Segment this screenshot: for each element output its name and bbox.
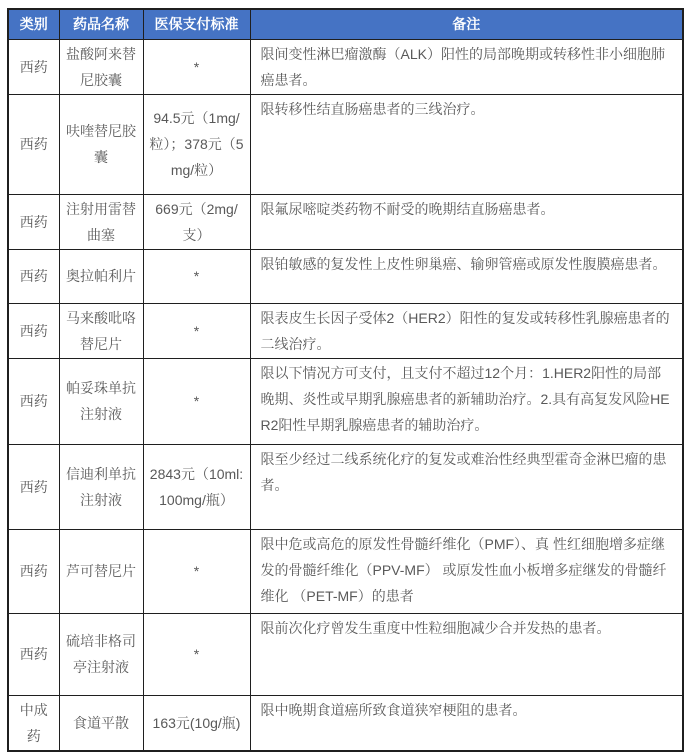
cell-category: 西药 [8,39,59,94]
cell-payment-standard: * [143,249,250,303]
table-row: 西药信迪利单抗注射液2843元（10ml:100mg/瓶）限至少经过二线系统化疗… [8,444,683,529]
cell-category: 西药 [8,358,59,444]
cell-payment-standard: * [143,358,250,444]
cell-drug-name: 注射用雷替曲塞 [59,194,143,249]
cell-payment-standard: * [143,529,250,613]
table-row: 西药注射用雷替曲塞669元（2mg/支）限氟尿嘧啶类药物不耐受的晚期结直肠癌患者… [8,194,683,249]
cell-category: 西药 [8,444,59,529]
cell-payment-standard: 163元(10g/瓶) [143,695,250,751]
cell-payment-standard: 2843元（10ml:100mg/瓶） [143,444,250,529]
cell-drug-name: 马来酸吡咯替尼片 [59,303,143,358]
cell-payment-standard: 94.5元（1mg/粒）；378元（5mg/粒） [143,94,250,194]
cell-drug-name: 盐酸阿来替尼胶囊 [59,39,143,94]
cell-remark: 限氟尿嘧啶类药物不耐受的晚期结直肠癌患者。 [250,194,683,249]
page: 类别 药品名称 医保支付标准 备注 西药盐酸阿来替尼胶囊*限间变性淋巴瘤激酶（A… [0,0,689,754]
cell-drug-name: 信迪利单抗注射液 [59,444,143,529]
cell-payment-standard: 669元（2mg/支） [143,194,250,249]
cell-category: 西药 [8,303,59,358]
table-row: 西药硫培非格司亭注射液*限前次化疗曾发生重度中性粒细胞减少合并发热的患者。 [8,613,683,695]
table-row: 西药帕妥珠单抗注射液*限以下情况方可支付，且支付不超过12个月：1.HER2阳性… [8,358,683,444]
cell-category: 西药 [8,529,59,613]
cell-remark: 限铂敏感的复发性上皮性卵巢癌、输卵管癌或原发性腹膜癌患者。 [250,249,683,303]
table-row: 西药马来酸吡咯替尼片*限表皮生长因子受体2（HER2）阳性的复发或转移性乳腺癌患… [8,303,683,358]
cell-category: 西药 [8,194,59,249]
cell-payment-standard: * [143,39,250,94]
cell-remark: 限表皮生长因子受体2（HER2）阳性的复发或转移性乳腺癌患者的二线治疗。 [250,303,683,358]
cell-category: 中成药 [8,695,59,751]
cell-category: 西药 [8,249,59,303]
cell-drug-name: 食道平散 [59,695,143,751]
cell-category: 西药 [8,613,59,695]
header-drug-name: 药品名称 [59,9,143,39]
cell-drug-name: 奥拉帕利片 [59,249,143,303]
header-remark: 备注 [250,9,683,39]
cell-payment-standard: * [143,303,250,358]
table-row: 西药芦可替尼片*限中危或高危的原发性骨髓纤维化（PMF）、真 性红细胞增多症继发… [8,529,683,613]
cell-remark: 限前次化疗曾发生重度中性粒细胞减少合并发热的患者。 [250,613,683,695]
cell-remark: 限至少经过二线系统化疗的复发或难治性经典型霍奇金淋巴瘤的患者。 [250,444,683,529]
table-body: 西药盐酸阿来替尼胶囊*限间变性淋巴瘤激酶（ALK）阳性的局部晚期或转移性非小细胞… [8,39,683,751]
cell-remark: 限中危或高危的原发性骨髓纤维化（PMF）、真 性红细胞增多症继发的骨髓纤维化（P… [250,529,683,613]
cell-drug-name: 硫培非格司亭注射液 [59,613,143,695]
table-row: 西药盐酸阿来替尼胶囊*限间变性淋巴瘤激酶（ALK）阳性的局部晚期或转移性非小细胞… [8,39,683,94]
cell-category: 西药 [8,94,59,194]
header-payment-standard: 医保支付标准 [143,9,250,39]
cell-drug-name: 帕妥珠单抗注射液 [59,358,143,444]
cell-payment-standard: * [143,613,250,695]
table-row: 西药呋喹替尼胶囊94.5元（1mg/粒）；378元（5mg/粒）限转移性结直肠癌… [8,94,683,194]
table-row: 中成药食道平散163元(10g/瓶)限中晚期食道癌所致食道狭窄梗阻的患者。 [8,695,683,751]
header-row: 类别 药品名称 医保支付标准 备注 [8,9,683,39]
table-row: 西药奥拉帕利片*限铂敏感的复发性上皮性卵巢癌、输卵管癌或原发性腹膜癌患者。 [8,249,683,303]
cell-remark: 限转移性结直肠癌患者的三线治疗。 [250,94,683,194]
drug-payment-table: 类别 药品名称 医保支付标准 备注 西药盐酸阿来替尼胶囊*限间变性淋巴瘤激酶（A… [7,8,684,752]
cell-remark: 限间变性淋巴瘤激酶（ALK）阳性的局部晚期或转移性非小细胞肺癌患者。 [250,39,683,94]
cell-drug-name: 芦可替尼片 [59,529,143,613]
cell-remark: 限以下情况方可支付，且支付不超过12个月：1.HER2阳性的局部晚期、炎性或早期… [250,358,683,444]
cell-remark: 限中晚期食道癌所致食道狭窄梗阻的患者。 [250,695,683,751]
cell-drug-name: 呋喹替尼胶囊 [59,94,143,194]
header-category: 类别 [8,9,59,39]
